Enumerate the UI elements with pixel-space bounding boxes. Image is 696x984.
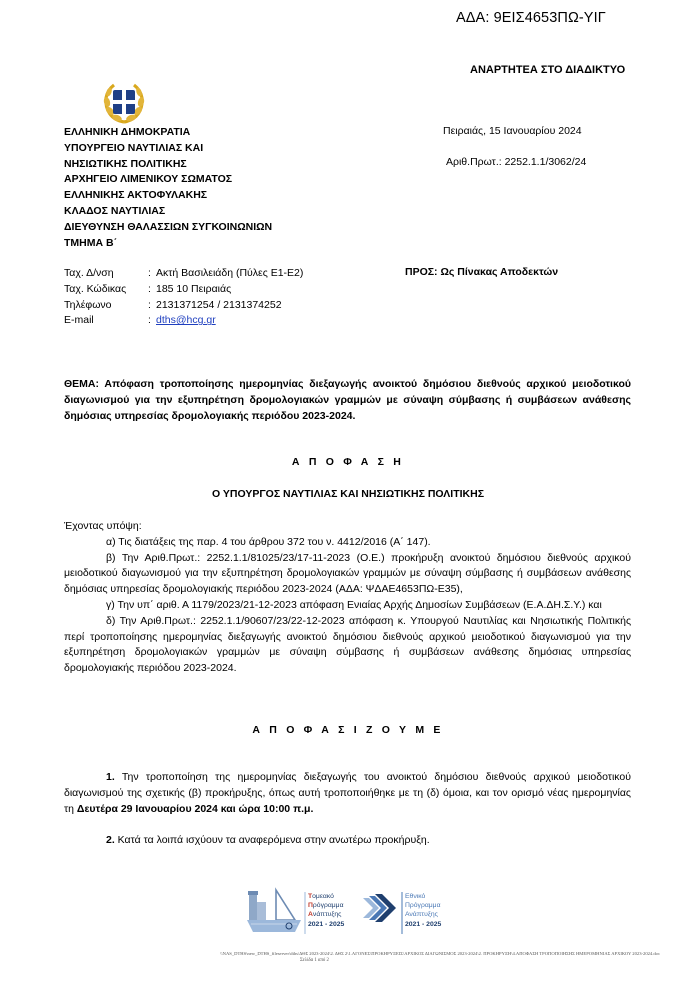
contact-row-address: Ταχ. Δ/νση : Ακτή Βασιλειάδη (Πύλες Ε1-Ε… [64,266,303,282]
logo-line-rest: ομεακό [312,893,334,900]
contact-separator: : [148,298,156,314]
contact-label: Ταχ. Κώδικας [64,282,148,298]
org-line: ΑΡΧΗΓΕΙΟ ΛΙΜΕΝΙΚΟΥ ΣΩΜΑΤΟΣ [64,172,272,188]
considering-item: γ) Την υπ΄ αριθ. Α 1179/2023/21-12-2023 … [64,598,631,614]
logo-line: Πρόγραμμα [405,901,441,910]
subject-paragraph: ΘΕΜΑ: Απόφαση τροποποίησης ημερομηνίας δ… [64,377,631,424]
national-program-text: Εθνικό Πρόγραμμα Ανάπτυξης 2021 - 2025 [405,892,441,929]
contact-block: Ταχ. Δ/νση : Ακτή Βασιλειάδη (Πύλες Ε1-Ε… [64,266,303,329]
considering-item: δ) Την Αριθ.Πρωτ.: 2252.1.1/90607/23/22-… [64,614,631,677]
org-line: ΥΠΟΥΡΓΕΙΟ ΝΑΥΤΙΛΙΑΣ ΚΑΙ [64,141,272,157]
considering-intro: Έχοντας υπόψη: [64,519,631,535]
logo-line: Πρόγραμμα [308,901,344,910]
logo-line: Τομεακό [308,892,344,901]
considering-item: α) Τις διατάξεις της παρ. 4 του άρθρου 3… [64,535,631,551]
greek-coat-of-arms-icon [101,80,147,126]
sectoral-program-text: Τομεακό Πρόγραμμα Ανάπτυξης 2021 - 2025 [308,892,344,929]
contact-separator: : [148,266,156,282]
email-link[interactable]: dths@hcg.gr [156,313,216,329]
contact-label: Ταχ. Δ/νση [64,266,148,282]
file-path-footer: \\NAS_DTHS\new_DTHS_fileserver\dths\ΔΘΣ … [60,951,660,956]
contact-value: 2131371254 / 2131374252 [156,298,282,314]
decision-bold-text: Δευτέρα 29 Ιανουαρίου 2024 και ώρα 10:00… [77,803,313,815]
decision-item: 2. Κατά τα λοιπά ισχύουν τα αναφερόμενα … [64,833,631,849]
recipient-label: ΠΡΟΣ: Ως Πίνακας Αποδεκτών [405,266,558,278]
contact-row-email: E-mail : dths@hcg.gr [64,313,303,329]
logo-line: Εθνικό [405,892,441,901]
development-program-logos: Τομεακό Πρόγραμμα Ανάπτυξης 2021 - 2025 … [245,886,455,938]
subject-text: ΘΕΜΑ: Απόφαση τροποποίησης ημερομηνίας δ… [64,377,631,424]
organization-block: ΕΛΛΗΝΙΚΗ ΔΗΜΟΚΡΑΤΙΑ ΥΠΟΥΡΓΕΙΟ ΝΑΥΤΙΛΙΑΣ … [64,125,272,251]
org-line: ΕΛΛΗΝΙΚΗ ΔΗΜΟΚΡΑΤΙΑ [64,125,272,141]
contact-separator: : [148,282,156,298]
decisions-section: 1. Την τροποποίηση της ημερομηνίας διεξα… [64,770,631,849]
ada-code: ΑΔΑ: 9ΕΙΣ4653ΠΩ-ΥΙΓ [456,10,606,26]
decision-heading: Α Π Ο Φ Α Σ Η [0,456,696,468]
decision-number: 2. [106,834,115,846]
place-date: Πειραιάς, 15 Ιανουαρίου 2024 [443,125,582,137]
contact-value: Ακτή Βασιλειάδη (Πύλες Ε1-Ε2) [156,266,303,282]
contact-label: Τηλέφωνο [64,298,148,314]
considering-section: Έχοντας υπόψη: α) Τις διατάξεις της παρ.… [64,519,631,677]
logo-line: Ανάπτυξης [405,910,441,919]
contact-value: 185 10 Πειραιάς [156,282,231,298]
minister-heading: Ο ΥΠΟΥΡΓΟΣ ΝΑΥΤΙΛΙΑΣ ΚΑΙ ΝΗΣΙΩΤΙΚΗΣ ΠΟΛΙ… [0,488,696,500]
we-decide-heading: Α Π Ο Φ Α Σ Ι Ζ Ο Υ Μ Ε [0,724,696,736]
logo-line-rest: νάπτυξης [313,911,342,918]
page-number: Σελίδα 1 από 2 [300,958,329,963]
contact-row-phone: Τηλέφωνο : 2131371254 / 2131374252 [64,298,303,314]
decision-text: Κατά τα λοιπά ισχύουν τα αναφερόμενα στη… [115,834,430,846]
org-line: ΤΜΗΜΑ Β΄ [64,236,272,252]
considering-item: β) Την Αριθ.Πρωτ.: 2252.1.1/81025/23/17-… [64,551,631,598]
decision-number: 1. [106,771,115,783]
logo-line: 2021 - 2025 [308,920,344,929]
org-line: ΝΗΣΙΩΤΙΚΗΣ ΠΟΛΙΤΙΚΗΣ [64,157,272,173]
logo-line-rest: ρόγραμμα [313,902,344,909]
contact-separator: : [148,313,156,329]
org-line: ΚΛΑΔΟΣ ΝΑΥΤΙΛΙΑΣ [64,204,272,220]
logo-line: Ανάπτυξης [308,910,344,919]
org-line: ΕΛΛΗΝΙΚΗΣ ΑΚΤΟΦΥΛΑΚΗΣ [64,188,272,204]
protocol-number: Αριθ.Πρωτ.: 2252.1.1/3062/24 [446,156,586,168]
post-online-label: ΑΝΑΡΤΗΤΕΑ ΣΤΟ ΔΙΑΔΙΚΤΥΟ [470,64,625,76]
contact-label: E-mail [64,313,148,329]
decision-item: 1. Την τροποποίηση της ημερομηνίας διεξα… [64,770,631,817]
org-line: ΔΙΕΥΘΥΝΣΗ ΘΑΛΑΣΣΙΩΝ ΣΥΓΚΟΙΝΩΝΙΩΝ [64,220,272,236]
logo-line: 2021 - 2025 [405,920,441,929]
contact-row-postcode: Ταχ. Κώδικας : 185 10 Πειραιάς [64,282,303,298]
